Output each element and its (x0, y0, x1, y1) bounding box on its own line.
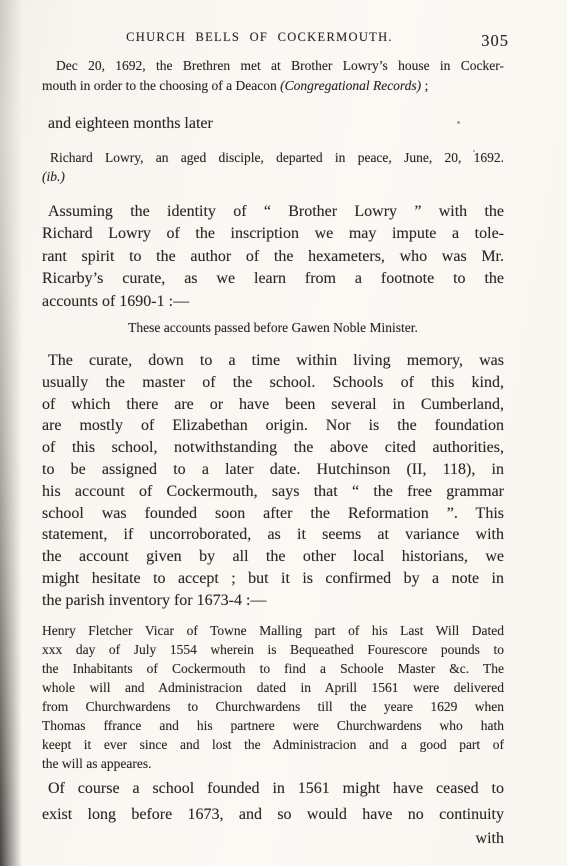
text-line: mouth in order to the choosing of a Deac… (42, 76, 504, 96)
page-number: 305 (481, 31, 509, 51)
text-line: and eighteen months later (42, 113, 504, 135)
text-line: whole will and Administracion dated in A… (42, 678, 504, 697)
text-line: his account of Cockermouth, says that “ … (42, 481, 504, 503)
text-run: ; (421, 78, 428, 93)
text-line: xxx day of July 1554 wherein is Bequeath… (42, 640, 504, 659)
text-line: Of course a school founded in 1561 might… (42, 776, 504, 802)
text-line: of this school, notwithstanding the abov… (42, 437, 504, 459)
text-line: are mostly of Elizabethan origin. Nor is… (42, 415, 504, 437)
text-line: Ricarby’s curate, as we learn from a foo… (42, 268, 504, 290)
text-line: to be assigned to a later date. Hutchins… (42, 459, 504, 481)
text-line: Thomas ffrance and his partnere were Chu… (42, 716, 504, 735)
text-line: Richard Lowry, an aged disciple, departe… (42, 148, 504, 167)
text-line: school was founded soon after the Reform… (42, 503, 504, 525)
text-line: Dec 20, 1692, the Brethren met at Brothe… (42, 56, 504, 76)
text-line: Richard Lowry of the inscription we may … (42, 223, 504, 245)
text-line: from Churchwardens to Churchwardens till… (42, 697, 504, 716)
running-header-title: CHURCH BELLS OF COCKERMOUTH. (42, 30, 477, 45)
text-run-italic: (ib.) (42, 169, 65, 184)
note-accounts-passed: These accounts passed before Gawen Noble… (42, 318, 504, 337)
excerpt-congregational-records: Dec 20, 1692, the Brethren met at Brothe… (42, 56, 504, 96)
paragraph-of-course: Of course a school founded in 1561 might… (42, 776, 504, 828)
paragraph-assuming: Assuming the identity of “ Brother Lowry… (42, 201, 504, 313)
catchword: with (42, 828, 504, 850)
text-line: keept it ever since and lost the Adminis… (42, 735, 504, 754)
text-line: usually the master of the school. School… (42, 372, 504, 394)
text-line: might hesitate to accept ; but it is con… (42, 568, 504, 590)
text-line: the parish inventory for 1673-4 :— (42, 590, 504, 612)
text-line: (ib.) (42, 167, 504, 186)
text-line: These accounts passed before Gawen Noble… (42, 318, 504, 337)
scanned-book-page: CHURCH BELLS OF COCKERMOUTH. 305 Dec 20,… (0, 0, 567, 866)
text-line: of which there are or have been several … (42, 394, 504, 416)
scan-gutter-shadow (0, 0, 22, 866)
text-line: the account given by all the other local… (42, 546, 504, 568)
text-line: exist long before 1673, and so would hav… (42, 802, 504, 828)
excerpt-fletcher-will: Henry Fletcher Vicar of Towne Malling pa… (42, 621, 504, 773)
text-line: Henry Fletcher Vicar of Towne Malling pa… (42, 621, 504, 640)
text-line: rant spirit to the author of the hexamet… (42, 246, 504, 268)
text-line: the Inhabitants of Cockermouth to find a… (42, 659, 504, 678)
text-line: Assuming the identity of “ Brother Lowry… (42, 201, 504, 223)
text-run: mouth in order to the choosing of a Deac… (42, 78, 280, 93)
text-line: the will as appeares. (42, 754, 504, 773)
interlude-line: and eighteen months later (42, 113, 504, 135)
excerpt-richard-lowry: Richard Lowry, an aged disciple, departe… (42, 148, 504, 186)
text-line: The curate, down to a time within living… (42, 350, 504, 372)
paragraph-curate: The curate, down to a time within living… (42, 350, 504, 612)
text-run-italic: (Congregational Records) (280, 78, 421, 93)
text-line: with (42, 828, 504, 850)
text-line: statement, if uncorroborated, as it seem… (42, 524, 504, 546)
text-line: accounts of 1690-1 :— (42, 291, 504, 313)
